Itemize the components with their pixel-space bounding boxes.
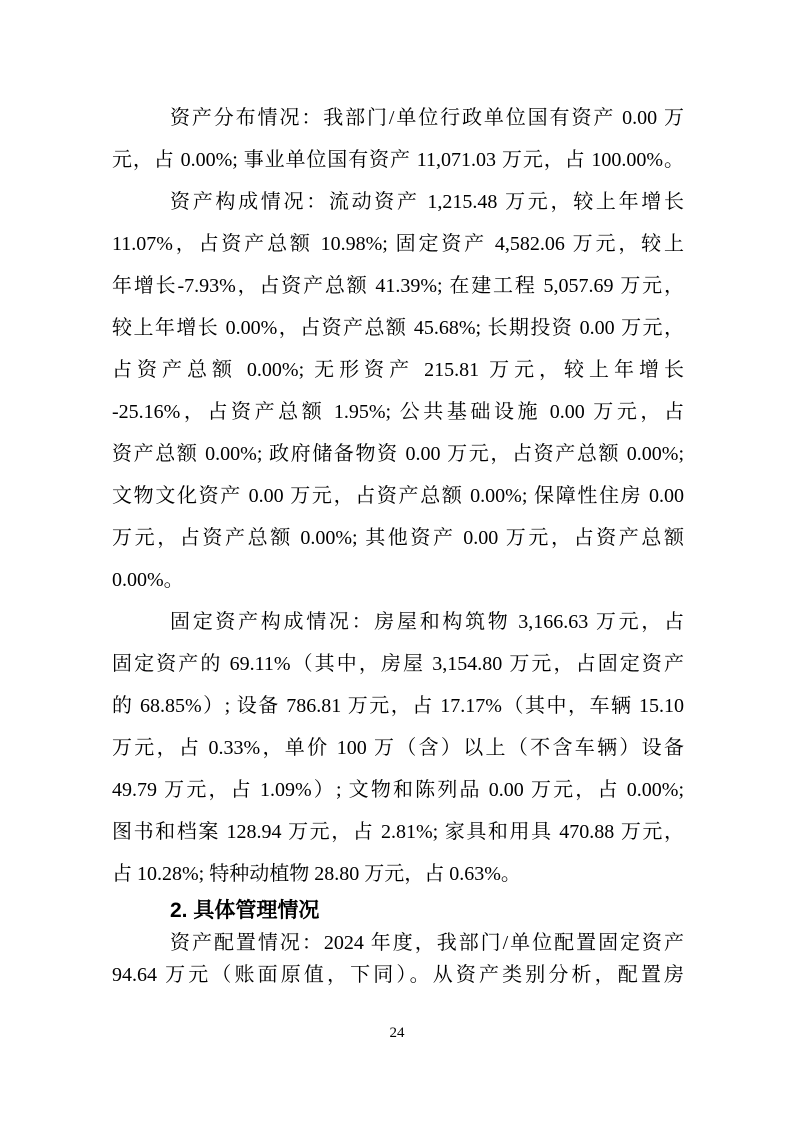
page-number: 24: [0, 1024, 794, 1042]
asset-composition-line-8: 文物文化资产 0.00 万元，占资产总额 0.00%; 保障性住房 0.00: [112, 475, 684, 517]
fixed-asset-line-1: 固定资产构成情况：房屋和构筑物 3,166.63 万元，占: [112, 601, 684, 643]
section-heading: 2. 具体管理情况: [112, 895, 684, 927]
document-body: 资产分布情况：我部门/单位行政单位国有资产 0.00 万 元，占 0.00%; …: [112, 97, 684, 991]
fixed-asset-line-7: 占 10.28%; 特种动植物 28.80 万元，占 0.63%。: [112, 853, 684, 895]
document-page: 资产分布情况：我部门/单位行政单位国有资产 0.00 万 元，占 0.00%; …: [0, 0, 794, 1123]
asset-composition-line-5: 占资产总额 0.00%; 无形资产 215.81 万元，较上年增长: [112, 349, 684, 391]
management-section-block: 2. 具体管理情况 资产配置情况：2024 年度，我部门/单位配置固定资产 94…: [112, 895, 684, 991]
main-text-block: 资产分布情况：我部门/单位行政单位国有资产 0.00 万 元，占 0.00%; …: [112, 97, 684, 895]
asset-allocation-line-2: 94.64 万元（账面原值，下同）。从资产类别分析，配置房: [112, 959, 684, 991]
asset-distribution-line-1: 资产分布情况：我部门/单位行政单位国有资产 0.00 万: [112, 97, 684, 139]
fixed-asset-line-2: 固定资产的 69.11%（其中，房屋 3,154.80 万元，占固定资产: [112, 643, 684, 685]
fixed-asset-line-5: 49.79 万元，占 1.09%）; 文物和陈列品 0.00 万元，占 0.00…: [112, 769, 684, 811]
asset-composition-line-4: 较上年增长 0.00%，占资产总额 45.68%; 长期投资 0.00 万元，: [112, 307, 684, 349]
asset-allocation-line-1: 资产配置情况：2024 年度，我部门/单位配置固定资产: [112, 927, 684, 959]
asset-composition-line-7: 资产总额 0.00%; 政府储备物资 0.00 万元，占资产总额 0.00%;: [112, 433, 684, 475]
asset-composition-line-1: 资产构成情况：流动资产 1,215.48 万元，较上年增长: [112, 181, 684, 223]
fixed-asset-line-6: 图书和档案 128.94 万元，占 2.81%; 家具和用具 470.88 万元…: [112, 811, 684, 853]
asset-composition-line-3: 年增长-7.93%，占资产总额 41.39%; 在建工程 5,057.69 万元…: [112, 265, 684, 307]
fixed-asset-line-3: 的 68.85%）; 设备 786.81 万元，占 17.17%（其中，车辆 1…: [112, 685, 684, 727]
asset-distribution-line-2: 元，占 0.00%; 事业单位国有资产 11,071.03 万元，占 100.0…: [112, 139, 684, 181]
asset-composition-line-9: 万元，占资产总额 0.00%; 其他资产 0.00 万元，占资产总额: [112, 517, 684, 559]
fixed-asset-line-4: 万元，占 0.33%，单价 100 万（含）以上（不含车辆）设备: [112, 727, 684, 769]
asset-composition-line-10: 0.00%。: [112, 559, 684, 601]
asset-composition-line-6: -25.16%，占资产总额 1.95%; 公共基础设施 0.00 万元，占: [112, 391, 684, 433]
asset-composition-line-2: 11.07%，占资产总额 10.98%; 固定资产 4,582.06 万元，较上: [112, 223, 684, 265]
